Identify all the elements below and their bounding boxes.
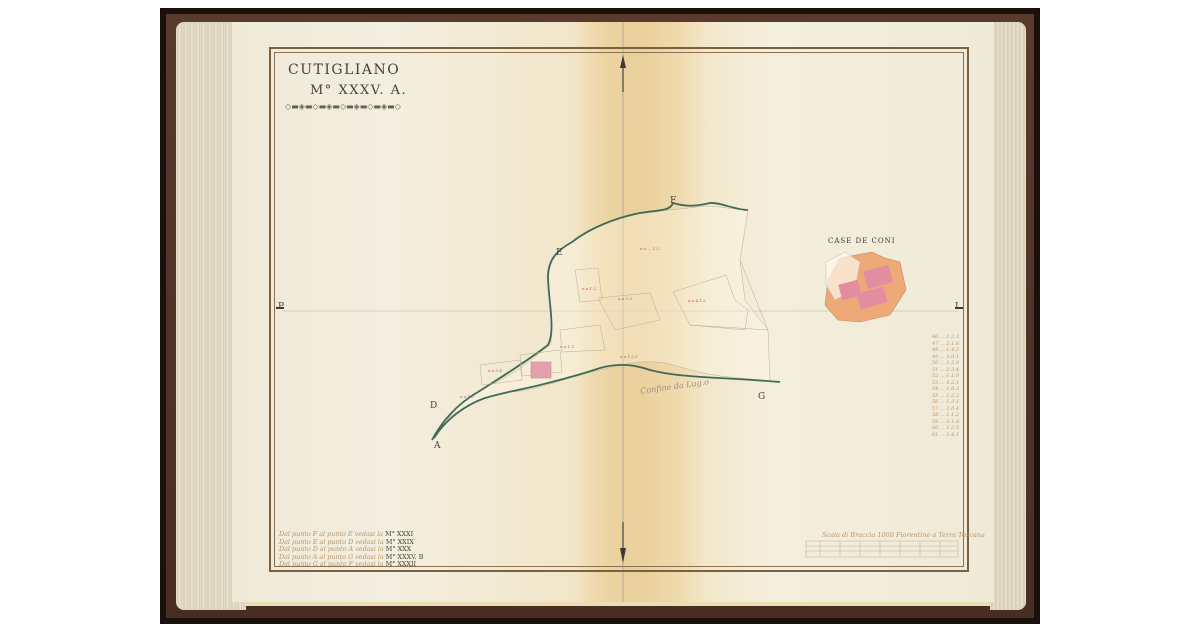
label-f: F (670, 196, 676, 206)
list-item: 48 ... 1.4.2 (932, 347, 959, 354)
label-p: P (278, 302, 284, 312)
svg-text:n.o 1.0: n.o 1.0 (460, 394, 474, 399)
label-e: E (556, 248, 563, 258)
north-arrow-icon (620, 55, 626, 92)
svg-text:n.o 1.2.3: n.o 1.2.3 (620, 354, 638, 359)
label-a: A (434, 441, 441, 451)
label-l: L (955, 302, 961, 312)
label-g: G (758, 392, 765, 402)
case-de-coni-settlement (825, 252, 906, 322)
label-d: D (430, 401, 437, 411)
svg-text:n.o 1.2: n.o 1.2 (582, 286, 596, 291)
scale-bar (806, 541, 958, 557)
svg-text:n.o 2.3: n.o 2.3 (618, 296, 632, 301)
legend-line: Dal punto G al punto F vedasi la M° XXXI… (279, 561, 423, 569)
svg-text:n.o 1.2: n.o 1.2 (560, 344, 574, 349)
south-arrow-icon (620, 522, 626, 563)
scale-title: Scala di Braccia 1000 Fiorentine a Terra… (822, 531, 985, 539)
svg-text:n.o ... 1.2: n.o ... 1.2 (640, 246, 659, 251)
village-label: CASE DE CONI (828, 237, 895, 245)
building-main (531, 362, 551, 378)
list-item: 61 ... 2.4.1 (932, 432, 959, 439)
territory-boundary (434, 206, 780, 438)
list-item: 52 ... 1.1.0 (932, 373, 959, 380)
list-item: 50 ... 1.2.8 (932, 360, 959, 367)
parcel-side-list: 46 ... 1.2.3 47 ... 2.1.6 48 ... 1.4.2 4… (932, 334, 959, 438)
svg-text:n.o 3.4: n.o 3.4 (488, 368, 502, 373)
map-drawing: n.o ... 1.2 n.o 1.2 n.o 2.3 n.o 4.1.2 n.… (0, 0, 1200, 628)
list-item: 56 ... 1.3.1 (932, 399, 959, 406)
boundary-legend: Dal punto F al punto E vedasi la M° XXXI… (279, 531, 423, 569)
list-item: 58 ... 1.1.2 (932, 412, 959, 419)
list-item: 60 ... 1.2.5 (932, 425, 959, 432)
svg-text:n.o 4.1.2: n.o 4.1.2 (688, 298, 706, 303)
list-item: 54 ... 1.0.3 (932, 386, 959, 393)
list-item: 46 ... 1.2.3 (932, 334, 959, 341)
